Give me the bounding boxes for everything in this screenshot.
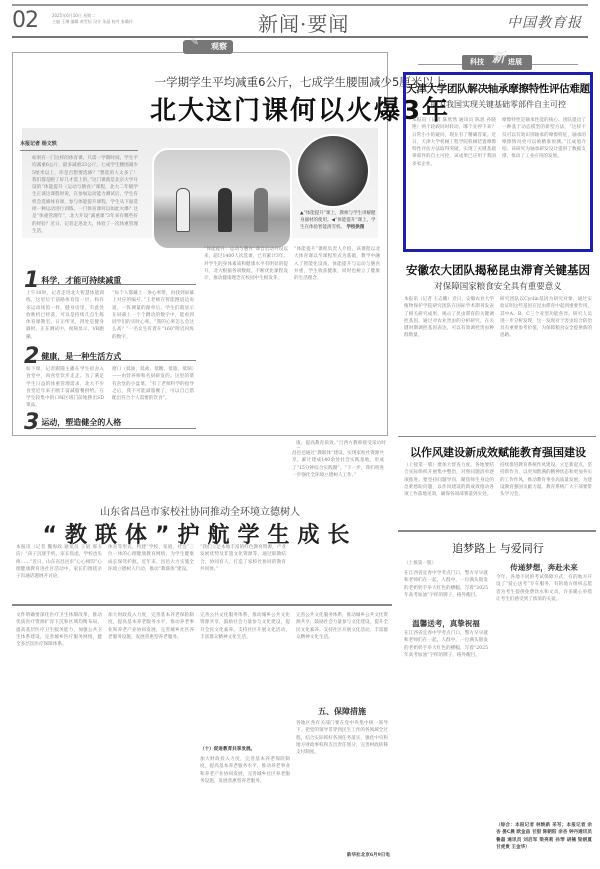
reform-col3: 完善公共文化服务体系，推动城乡公共文化资源共享，鼓励社会力量参与文化建设，提升全… (200, 612, 290, 746)
ahau-subhead: 对保障国家粮食安全具有重要意义 (398, 280, 598, 292)
masthead-rule (12, 36, 588, 38)
dream-subhead-1: 温馨送考，真挚祝福 (404, 618, 488, 629)
section-rule (36, 360, 196, 361)
photo-instructor-circle[interactable] (296, 134, 370, 208)
changyi-col2: 体育等形式，构建“学校、家庭、社会”三位一体的心理健康教育网络，为学生健康成长保… (108, 544, 194, 588)
dream-top-rule (398, 530, 596, 532)
photo-caption: ▲“体能提升”课上，教师与学生讲解健身器材的使用。◀“体能提升”课上，学生在体验… (300, 210, 380, 231)
tag-mid: 新 (492, 51, 505, 66)
caption-credit: 学校供图 (346, 225, 364, 230)
reform-dateline: 新华社北京6月9日电 (320, 852, 390, 860)
observation-tag: ✎ 观察 (183, 40, 233, 54)
dream-headline[interactable]: 追梦路上 与爱同行 (398, 540, 598, 556)
changyi-col3: “我们立足本地丰富的红色教育资源，产业发展优势及非遗文化资源等，通过联教结合，协… (200, 544, 286, 588)
editor-credits: 主编 王琳 编辑 黄雪纭 设计 朱晶 校对 张璐玲 (52, 19, 133, 25)
reform-sub-label: （十）促进教育共享发展。 (200, 746, 290, 754)
reform-section-heading: 五、保障措施 (296, 706, 388, 717)
tag-label: 观察 (211, 42, 227, 51)
dream-subhead-2: 传递梦想，奔赴未来 (496, 562, 592, 573)
policy-col2: 持续推进教育系统作风建设，立足新起点、坚持新作为，以更加饱满的精神状态和更加务实… (500, 462, 592, 518)
paper-logo: 中国教育报 (507, 12, 582, 32)
dream-credits: （综合：本报记者 林焕新 采写；本报记者 余杏 晏C晨 欧金昌 甘甜 陈朝阳 余… (496, 822, 592, 862)
feature-col4: “体能提升”课程负责人介绍，该课程以北大体育课以至课程形式为基础，教学中融入了智… (294, 246, 380, 430)
section-title: 新闻·要闻 (258, 8, 349, 37)
ahau-headline[interactable]: 安徽农大团队揭秘昆虫滞育关键基因 (398, 262, 598, 278)
section-heading-3: 3运动，塑造健全的人格 (24, 410, 121, 435)
photo-treadmill-class[interactable] (152, 148, 292, 250)
reform-col2: 加大财政投入力度，完善基本养老保险制度，提高基本养老服务水平，推动养老事业和养老… (108, 612, 194, 862)
tech-col1: 本报讯（记者 陈欣然 通讯员 陈思 孙晓艳）两个轮毂同时转动，哪个先停下来？日常… (412, 117, 496, 247)
section-rule (36, 284, 196, 285)
tech-col2: 摩擦特性是轴承性能的核心。团队提出了一种基于动态模型的新型方法，“这样不仅可以有… (502, 117, 586, 247)
tech-article-highlight[interactable]: 天津大学团队解决轴承摩擦特性评估难题 助力我国实现关键基础零部件自主可控 本报讯… (403, 72, 593, 252)
tech-headline[interactable]: 天津大学团队解决轴承摩擦特性评估难题 (406, 81, 590, 96)
section-1-col1: 上午10时，记者走进北大智慧体能训练，这里位于前路体育馆一层，和许多运动场馆一样… (26, 290, 104, 342)
reform-col4-top: 完善公共文化服务体系，推动城乡公共文化资源共享，鼓励社会力量参与文化建设，提升全… (296, 612, 388, 700)
student-figure (254, 188, 268, 232)
feature-footer-note: 康，提高教育质效。”吕西方教师接受采访时说， (296, 440, 386, 448)
changyi-col4: 昌邑还通过“教联体”建设，实现家校社资源共享，累计建成140余处社会实践基地，形… (292, 450, 384, 588)
feature-intro: 如果有一门这样的体育课，只需一学期时间，学生平均减重6公斤，最多减重23公斤，七… (32, 155, 138, 237)
byline-rule (20, 150, 138, 151)
policy-col1: （上接第一版）要加大督查力度，各地要结合实际组织开展集中整治，对照问题清单逐项推… (404, 462, 494, 518)
section-number: 3 (24, 410, 39, 435)
reform-col1: 文件明确要深化医疗卫生体制改革，推动优质医疗资源扩容下沉和区域均衡布局，提高基层… (16, 612, 102, 862)
reform-top-rule (12, 604, 392, 606)
pen-icon: ✎ (187, 36, 199, 48)
tag-right: 进展 (508, 55, 522, 70)
changyi-col1: 本报讯（记者 魏海政 通讯员 王韬 郝玉洁）“孩子沉迷手机，家长焦虑，学校也头疼… (16, 544, 102, 588)
reform-col4: 各地区各有关部门要在党中央集中统一领导下，把党的领导贯穿到民生工作的各领域全过程… (296, 720, 388, 846)
dream-col2: 今年，各地不同的考试保障方式，有的地方开设了“爱心送考”专车服务，有的地方组织志… (496, 574, 592, 820)
feature-col3: “体能提升：运动与膳食”课自启动开设以来，超过1400人次选课，已有累计3年。对… (204, 246, 288, 430)
masthead-meta: 2025年6月10日 星期二 主编 王琳 编辑 黄雪纭 设计 朱晶 校对 张璐玲 (52, 13, 133, 25)
dream-lead: （上接第一版） (404, 560, 484, 568)
reform-col3-cont: 加大财政投入力度，完善基本养老保险制度，提高基本养老服务水平，推动养老事业和养老… (200, 756, 290, 862)
section-title: 运动，塑造健全的人格 (41, 418, 121, 427)
dream-col1-top: 在江西省宜春中学考点门口，警方早早就和老师们在一起，人群中，一位满头银发的老奶奶… (404, 570, 488, 624)
dream-col1: 在江西省宜春中学考点门口，警方早早就和老师们在一起，人群中，一位满头银发的老奶奶… (404, 630, 488, 830)
section-2-col1: 如下课，记者跟随主播在学生宿舍入食堂中，肉食堂饮步走走。为了满足学生日益的体重管… (26, 366, 104, 408)
student-figure (218, 188, 232, 232)
policy-headline[interactable]: 以作风建设新成效赋能教育强国建设 (398, 444, 598, 460)
page-number: 02 (12, 8, 38, 33)
tag-left: 科技 (470, 55, 484, 70)
section-1-col2: “每个人都戴上一条心率带，再找到屏幕上对应的编号。”王老师在智能跑道边说道，一阵… (112, 290, 194, 342)
tech-progress-tag: 科技 新 进展 (462, 55, 532, 70)
section-2-col2: 窗口（低油、低盐、低糖、低脂、低钠）——由营养师和名厨研发的。这里的菜有食堂的小… (112, 366, 194, 408)
student-figure (176, 188, 190, 232)
policy-top-rule (398, 436, 596, 437)
section-rule (36, 428, 196, 429)
masthead: 02 2025年6月10日 星期二 主编 王琳 编辑 黄雪纭 设计 朱晶 校对 … (12, 8, 588, 34)
tech-subhead: 助力我国实现关键基础零部件自主可控 (406, 99, 590, 110)
top-rule (12, 4, 588, 6)
feature-byline: 本报记者 杨文轶 (20, 140, 57, 147)
